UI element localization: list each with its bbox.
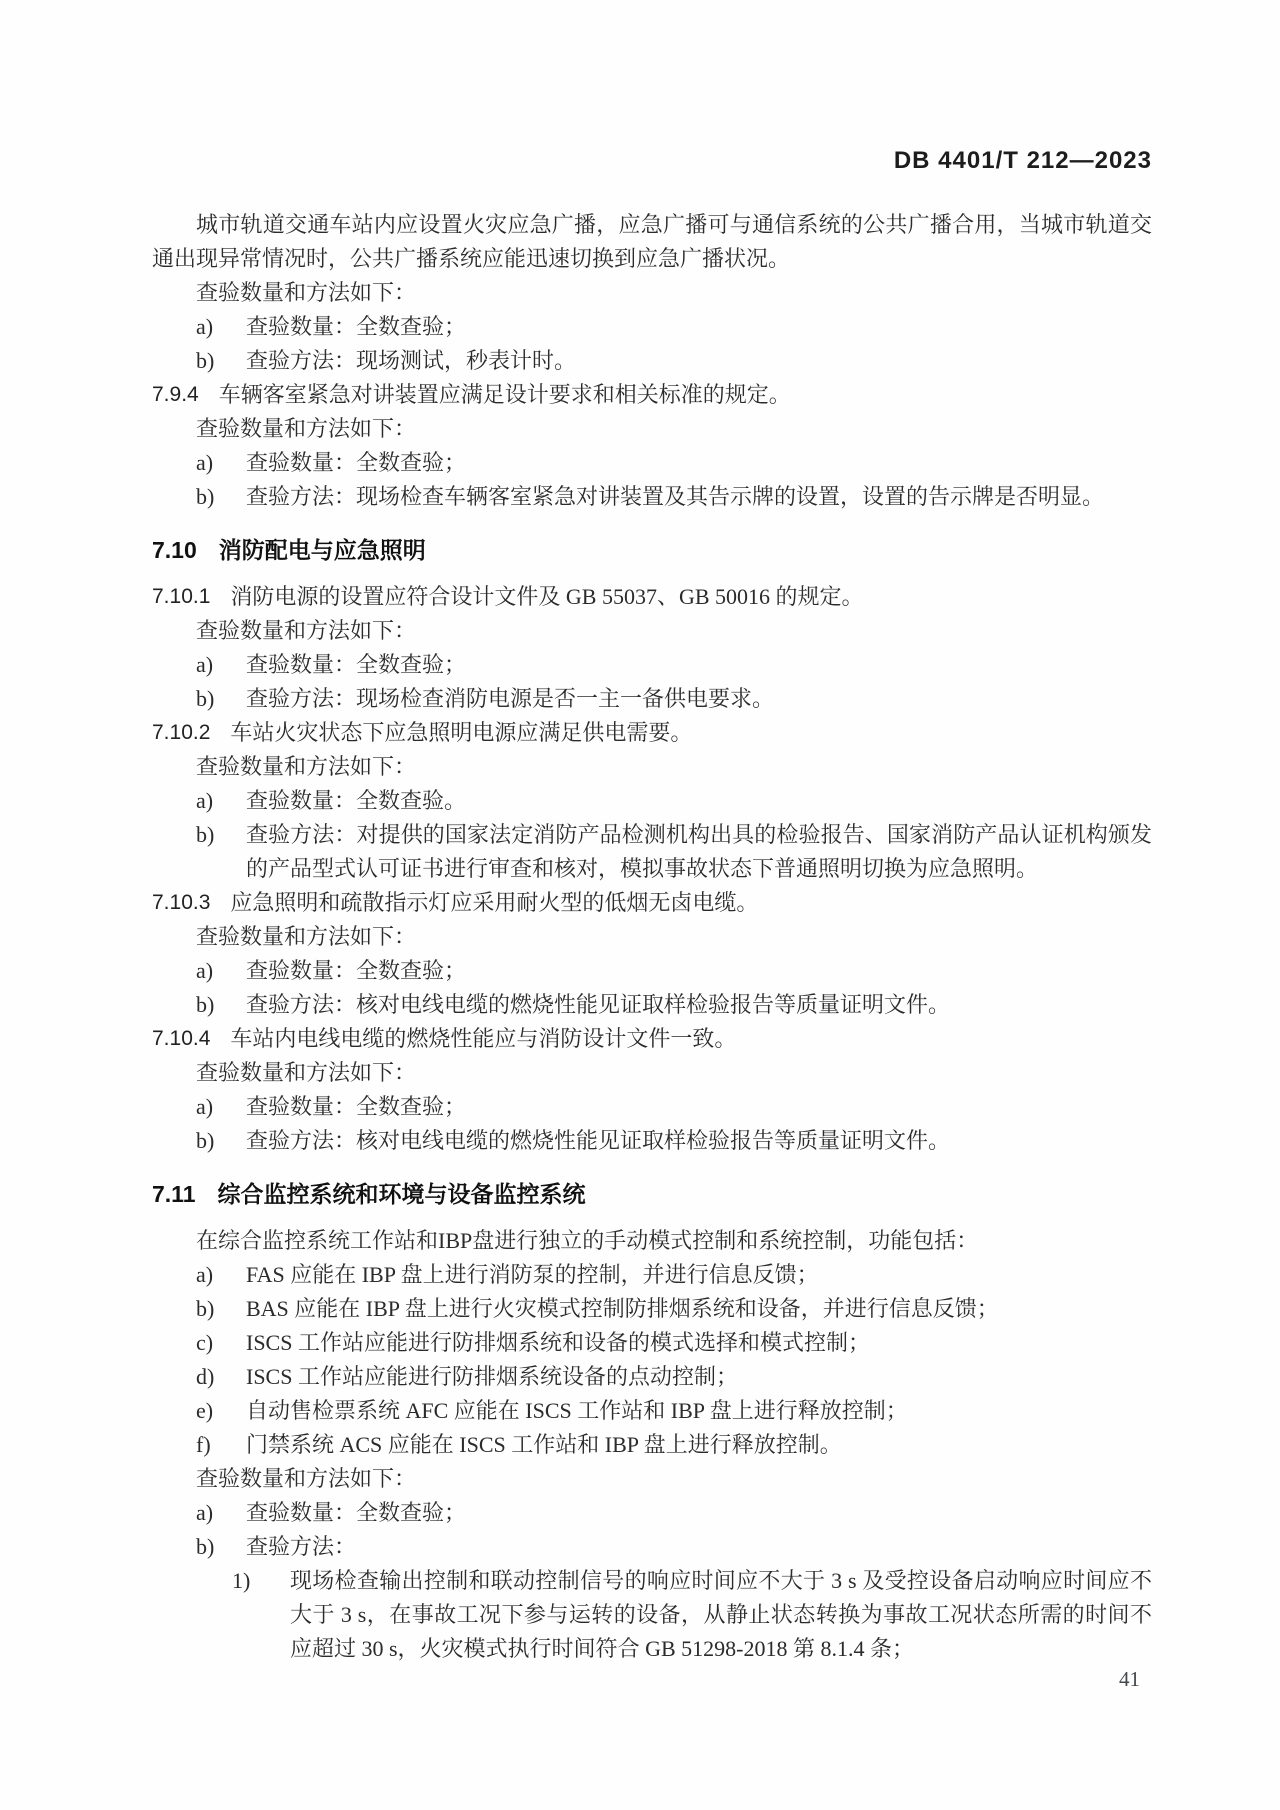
item-text: 查验方法：现场测试，秒表计时。 xyxy=(246,344,1152,378)
item-text: 自动售检票系统 AFC 应能在 ISCS 工作站和 IBP 盘上进行释放控制； xyxy=(246,1394,1152,1428)
list-item: b) 查验方法：现场检查消防电源是否一主一备供电要求。 xyxy=(152,682,1152,716)
item-label: f) xyxy=(196,1428,246,1462)
item-text: 门禁系统 ACS 应能在 ISCS 工作站和 IBP 盘上进行释放控制。 xyxy=(246,1428,1152,1462)
item-label: a) xyxy=(196,446,246,480)
list-item: a) 查验数量：全数查验； xyxy=(152,1090,1152,1124)
list-item: b) 查验方法：核对电线电缆的燃烧性能见证取样检验报告等质量证明文件。 xyxy=(152,988,1152,1022)
clause-text: 车站火灾状态下应急照明电源应满足供电需要。 xyxy=(230,716,1152,750)
list-item: a) 查验数量：全数查验； xyxy=(152,446,1152,480)
clause-number: 7.10.4 xyxy=(152,1022,210,1056)
clause-number: 7.10.1 xyxy=(152,580,210,614)
clause: 7.9.4 车辆客室紧急对讲装置应满足设计要求和相关标准的规定。 xyxy=(152,378,1152,412)
item-label: b) xyxy=(196,682,246,716)
list-item: b) 查验方法：现场检查车辆客室紧急对讲装置及其告示牌的设置，设置的告示牌是否明… xyxy=(152,480,1152,514)
clause-number: 7.10.3 xyxy=(152,886,210,920)
item-text: 查验方法：对提供的国家法定消防产品检测机构出具的检验报告、国家消防产品认证机构颁… xyxy=(246,818,1152,886)
list-intro: 查验数量和方法如下： xyxy=(152,276,1152,310)
paragraph: 在综合监控系统工作站和IBP盘进行独立的手动模式控制和系统控制，功能包括： xyxy=(152,1224,1152,1258)
clause-text: 车辆客室紧急对讲装置应满足设计要求和相关标准的规定。 xyxy=(219,378,1152,412)
clause-number: 7.9.4 xyxy=(152,378,199,412)
item-text: BAS 应能在 IBP 盘上进行火灾模式控制防排烟系统和设备，并进行信息反馈； xyxy=(246,1292,1152,1326)
list-item: a) 查验数量：全数查验； xyxy=(152,954,1152,988)
list-intro: 查验数量和方法如下： xyxy=(152,412,1152,446)
doc-number: DB 4401/T 212—2023 xyxy=(152,146,1152,176)
item-label: a) xyxy=(196,310,246,344)
item-text: 查验方法：现场检查车辆客室紧急对讲装置及其告示牌的设置，设置的告示牌是否明显。 xyxy=(246,480,1152,514)
section-heading: 7.11 综合监控系统和环境与设备监控系统 xyxy=(152,1176,1152,1212)
clause-text: 消防电源的设置应符合设计文件及 GB 55037、GB 50016 的规定。 xyxy=(230,580,1152,614)
item-label: a) xyxy=(196,954,246,988)
list-intro: 查验数量和方法如下： xyxy=(152,614,1152,648)
item-label: c) xyxy=(196,1326,246,1360)
list-item: d) ISCS 工作站应能进行防排烟系统设备的点动控制； xyxy=(152,1360,1152,1394)
list-item: f) 门禁系统 ACS 应能在 ISCS 工作站和 IBP 盘上进行释放控制。 xyxy=(152,1428,1152,1462)
item-text: ISCS 工作站应能进行防排烟系统设备的点动控制； xyxy=(246,1360,1152,1394)
item-text: 查验数量：全数查验； xyxy=(246,310,1152,344)
clause-text: 应急照明和疏散指示灯应采用耐火型的低烟无卤电缆。 xyxy=(230,886,1152,920)
item-text: 查验方法： xyxy=(246,1530,1152,1564)
item-text: 查验数量：全数查验； xyxy=(246,954,1152,988)
list-item: a) 查验数量：全数查验。 xyxy=(152,784,1152,818)
list-item: a) 查验数量：全数查验； xyxy=(152,648,1152,682)
list-item: e) 自动售检票系统 AFC 应能在 ISCS 工作站和 IBP 盘上进行释放控… xyxy=(152,1394,1152,1428)
item-text: 现场检查输出控制和联动控制信号的响应时间应不大于 3 s 及受控设备启动响应时间… xyxy=(290,1564,1152,1666)
item-text: 查验方法：核对电线电缆的燃烧性能见证取样检验报告等质量证明文件。 xyxy=(246,988,1152,1022)
item-text: 查验数量：全数查验； xyxy=(246,648,1152,682)
item-label: a) xyxy=(196,1496,246,1530)
list-item: b) 查验方法：对提供的国家法定消防产品检测机构出具的检验报告、国家消防产品认证… xyxy=(152,818,1152,886)
list-intro: 查验数量和方法如下： xyxy=(152,750,1152,784)
item-label: b) xyxy=(196,480,246,514)
page-number: 41 xyxy=(1119,1667,1140,1692)
list-item: a) 查验数量：全数查验； xyxy=(152,310,1152,344)
list-item: c) ISCS 工作站应能进行防排烟系统和设备的模式选择和模式控制； xyxy=(152,1326,1152,1360)
list-intro: 查验数量和方法如下： xyxy=(152,1462,1152,1496)
item-label: 1) xyxy=(232,1564,290,1666)
item-text: 查验数量：全数查验。 xyxy=(246,784,1152,818)
heading-title: 综合监控系统和环境与设备监控系统 xyxy=(218,1176,586,1212)
item-text: 查验方法：现场检查消防电源是否一主一备供电要求。 xyxy=(246,682,1152,716)
item-text: 查验数量：全数查验； xyxy=(246,1090,1152,1124)
heading-number: 7.10 xyxy=(152,532,197,568)
document-page: DB 4401/T 212—2023 城市轨道交通车站内应设置火灾应急广播，应急… xyxy=(0,0,1280,1810)
sub-list-item: 1) 现场检查输出控制和联动控制信号的响应时间应不大于 3 s 及受控设备启动响… xyxy=(152,1564,1152,1666)
item-text: ISCS 工作站应能进行防排烟系统和设备的模式选择和模式控制； xyxy=(246,1326,1152,1360)
item-text: 查验数量：全数查验； xyxy=(246,1496,1152,1530)
item-label: a) xyxy=(196,1258,246,1292)
item-text: 查验数量：全数查验； xyxy=(246,446,1152,480)
item-label: d) xyxy=(196,1360,246,1394)
list-intro: 查验数量和方法如下： xyxy=(152,920,1152,954)
list-item: a) 查验数量：全数查验； xyxy=(152,1496,1152,1530)
item-label: a) xyxy=(196,784,246,818)
item-label: b) xyxy=(196,1530,246,1564)
item-label: a) xyxy=(196,1090,246,1124)
item-label: b) xyxy=(196,1292,246,1326)
item-label: b) xyxy=(196,1124,246,1158)
list-item: b) 查验方法：现场测试，秒表计时。 xyxy=(152,344,1152,378)
item-text: FAS 应能在 IBP 盘上进行消防泵的控制，并进行信息反馈； xyxy=(246,1258,1152,1292)
list-intro: 查验数量和方法如下： xyxy=(152,1056,1152,1090)
item-label: e) xyxy=(196,1394,246,1428)
heading-title: 消防配电与应急照明 xyxy=(219,532,426,568)
item-label: b) xyxy=(196,988,246,1022)
clause: 7.10.1 消防电源的设置应符合设计文件及 GB 55037、GB 50016… xyxy=(152,580,1152,614)
clause: 7.10.3 应急照明和疏散指示灯应采用耐火型的低烟无卤电缆。 xyxy=(152,886,1152,920)
list-item: b) BAS 应能在 IBP 盘上进行火灾模式控制防排烟系统和设备，并进行信息反… xyxy=(152,1292,1152,1326)
heading-number: 7.11 xyxy=(152,1176,196,1212)
paragraph: 城市轨道交通车站内应设置火灾应急广播，应急广播可与通信系统的公共广播合用，当城市… xyxy=(152,208,1152,276)
clause: 7.10.2 车站火灾状态下应急照明电源应满足供电需要。 xyxy=(152,716,1152,750)
list-item: b) 查验方法： xyxy=(152,1530,1152,1564)
list-item: a) FAS 应能在 IBP 盘上进行消防泵的控制，并进行信息反馈； xyxy=(152,1258,1152,1292)
section-heading: 7.10 消防配电与应急照明 xyxy=(152,532,1152,568)
clause-number: 7.10.2 xyxy=(152,716,210,750)
item-text: 查验方法：核对电线电缆的燃烧性能见证取样检验报告等质量证明文件。 xyxy=(246,1124,1152,1158)
clause: 7.10.4 车站内电线电缆的燃烧性能应与消防设计文件一致。 xyxy=(152,1022,1152,1056)
clause-text: 车站内电线电缆的燃烧性能应与消防设计文件一致。 xyxy=(230,1022,1152,1056)
item-label: b) xyxy=(196,818,246,886)
item-label: b) xyxy=(196,344,246,378)
list-item: b) 查验方法：核对电线电缆的燃烧性能见证取样检验报告等质量证明文件。 xyxy=(152,1124,1152,1158)
item-label: a) xyxy=(196,648,246,682)
